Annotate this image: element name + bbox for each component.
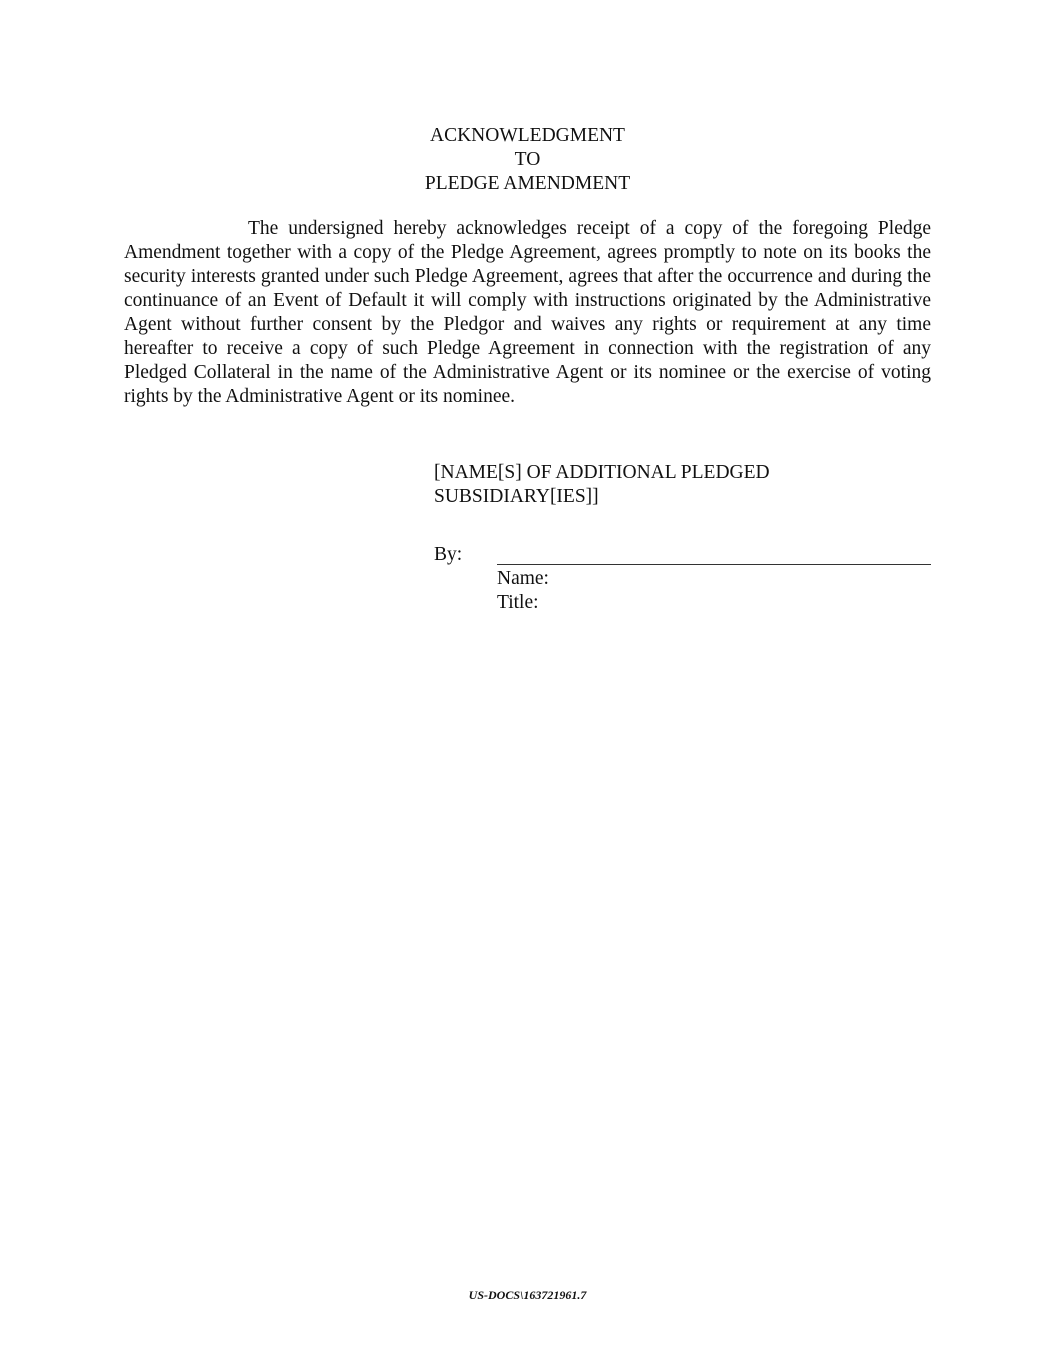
title-line-1: ACKNOWLEDGMENT [0,124,1055,148]
signature-line [497,564,931,565]
signature-title-label: Title: [497,591,549,615]
signature-entity-name: [NAME[S] OF ADDITIONAL PLEDGED SUBSIDIAR… [434,461,770,509]
signature-by-label: By: [434,543,462,567]
entity-line-1: [NAME[S] OF ADDITIONAL PLEDGED [434,461,770,485]
signature-fields: Name: Title: [497,567,549,615]
entity-line-2: SUBSIDIARY[IES]] [434,485,770,509]
footer-document-id: US-DOCS\163721961.7 [0,1287,1055,1303]
document-title: ACKNOWLEDGMENT TO PLEDGE AMENDMENT [0,124,1055,196]
title-line-3: PLEDGE AMENDMENT [0,172,1055,196]
signature-name-label: Name: [497,567,549,591]
acknowledgment-paragraph: The undersigned hereby acknowledges rece… [124,217,931,409]
document-page: ACKNOWLEDGMENT TO PLEDGE AMENDMENT The u… [0,0,1055,1365]
title-line-2: TO [0,148,1055,172]
